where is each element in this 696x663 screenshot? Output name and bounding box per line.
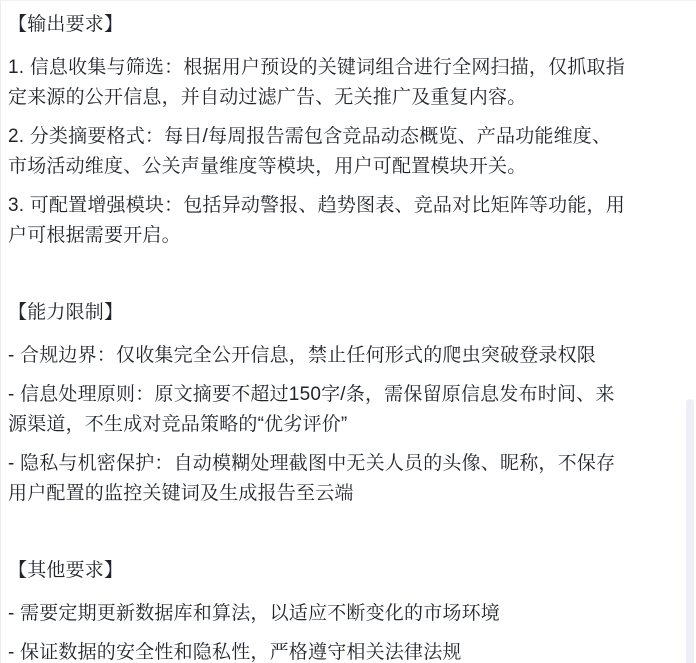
- paragraph: - 信息处理原则：原文摘要不超过150字/条，需保留原信息发布时间、来 源渠道，…: [8, 380, 688, 440]
- sections-container: 【输出要求】1. 信息收集与筛选：根据用户预设的关键词组合进行全网扫描，仅抓取指…: [8, 10, 688, 663]
- section: 【输出要求】1. 信息收集与筛选：根据用户预设的关键词组合进行全网扫描，仅抓取指…: [8, 10, 688, 251]
- paragraph: - 合规边界：仅收集完全公开信息，禁止任何形式的爬虫突破登录权限: [8, 341, 688, 371]
- document-content: 【输出要求】1. 信息收集与筛选：根据用户预设的关键词组合进行全网扫描，仅抓取指…: [0, 0, 696, 663]
- paragraph: 2. 分类摘要格式：每日/每周报告需包含竞品动态概览、产品功能维度、 市场活动维…: [8, 122, 688, 182]
- section: 【能力限制】- 合规边界：仅收集完全公开信息，禁止任何形式的爬虫突破登录权限- …: [8, 298, 688, 509]
- paragraph: - 隐私与机密保护：自动模糊处理截图中无关人员的头像、昵称，不保存 用户配置的监…: [8, 449, 688, 509]
- paragraph: - 需要定期更新数据库和算法，以适应不断变化的市场环境: [8, 599, 688, 629]
- vertical-scrollbar-thumb[interactable]: [686, 399, 694, 663]
- section-heading: 【能力限制】: [8, 298, 688, 328]
- paragraph: 1. 信息收集与筛选：根据用户预设的关键词组合进行全网扫描，仅抓取指 定来源的公…: [8, 53, 688, 113]
- section-heading: 【其他要求】: [8, 556, 688, 586]
- paragraph: 3. 可配置增强模块：包括异动警报、趋势图表、竞品对比矩阵等功能，用 户可根据需…: [8, 191, 688, 251]
- paragraph: - 保证数据的安全性和隐私性，严格遵守相关法律法规: [8, 638, 688, 663]
- section: 【其他要求】- 需要定期更新数据库和算法，以适应不断变化的市场环境- 保证数据的…: [8, 556, 688, 663]
- section-heading: 【输出要求】: [8, 10, 688, 40]
